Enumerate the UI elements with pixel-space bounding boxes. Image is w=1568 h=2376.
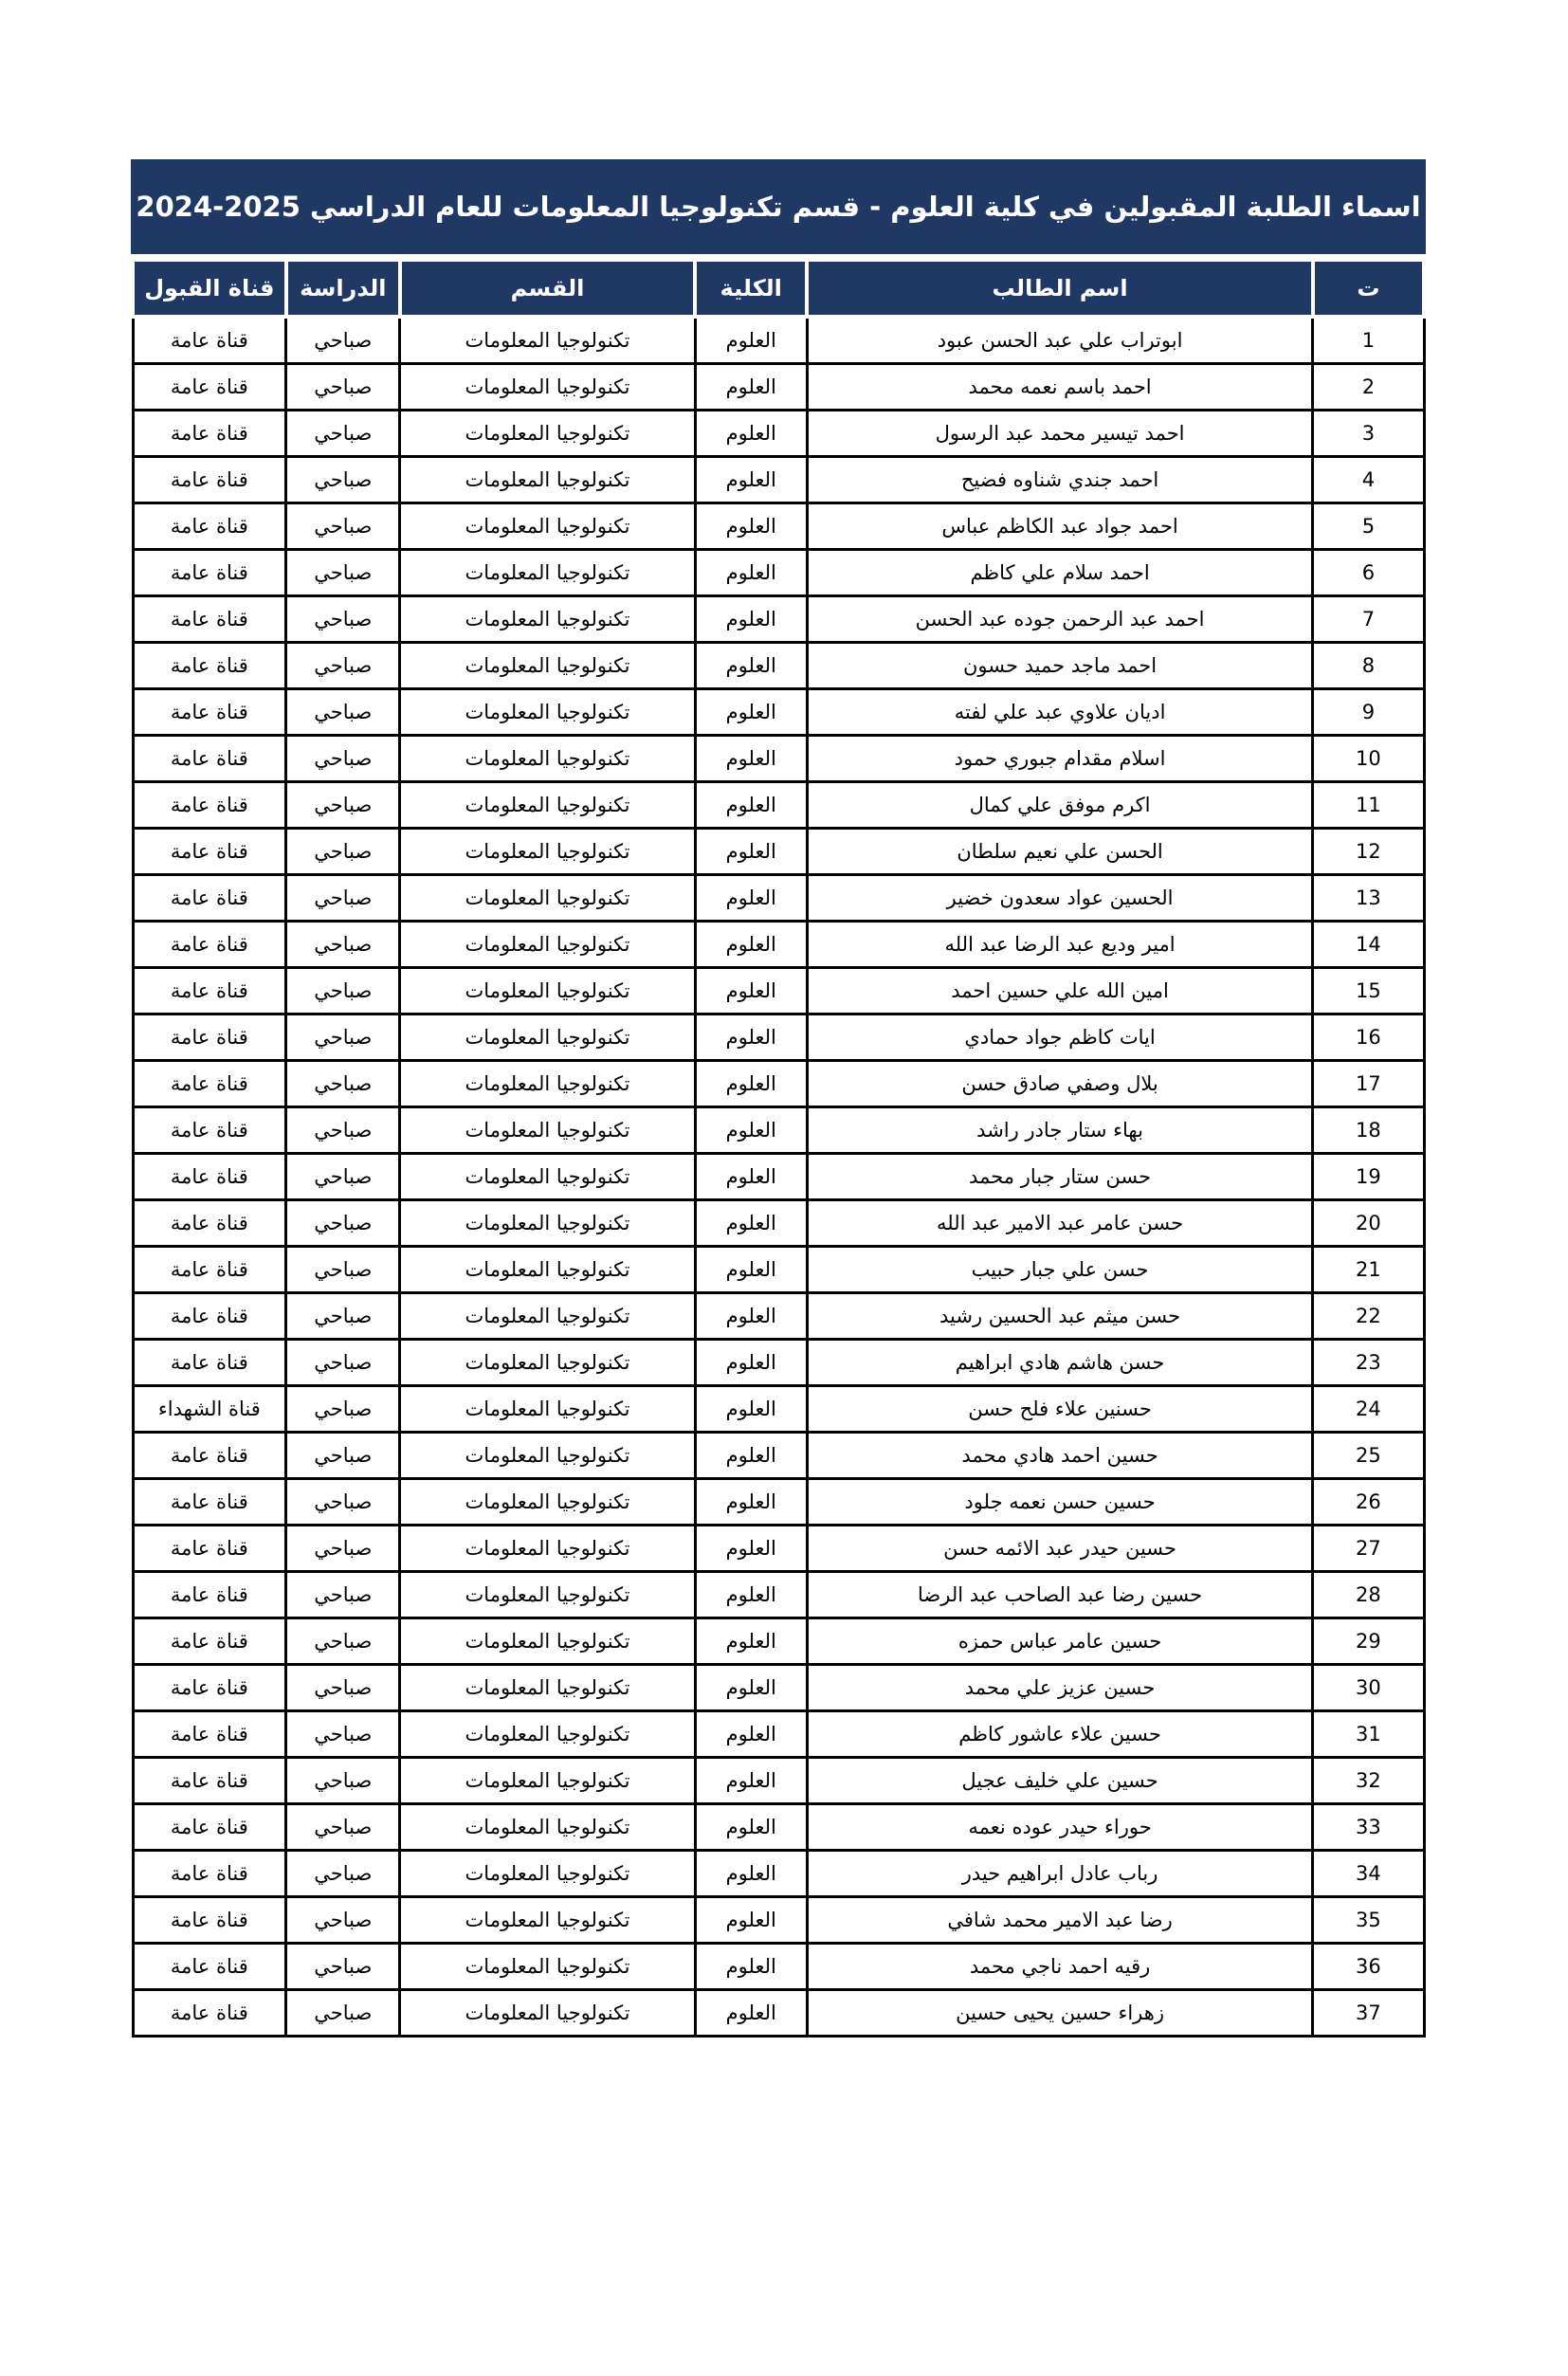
study-type-cell: صباحي — [286, 1944, 400, 1990]
table-row: 35رضا عبد الامير محمد شافيالعلومتكنولوجي… — [133, 1897, 1424, 1944]
study-type-cell: صباحي — [286, 1386, 400, 1433]
admission-channel-cell: قناة عامة — [133, 1618, 286, 1665]
row-number-cell: 30 — [1313, 1665, 1424, 1711]
row-number-cell: 26 — [1313, 1479, 1424, 1526]
row-number-cell: 23 — [1313, 1340, 1424, 1386]
college-cell: العلوم — [695, 643, 807, 689]
department-cell: تكنولوجيا المعلومات — [400, 317, 695, 364]
college-cell: العلوم — [695, 922, 807, 968]
department-cell: تكنولوجيا المعلومات — [400, 1154, 695, 1200]
study-type-cell: صباحي — [286, 1014, 400, 1061]
study-type-cell: صباحي — [286, 1061, 400, 1107]
student-name-cell: حسن هاشم هادي ابراهيم — [807, 1340, 1312, 1386]
admission-channel-cell: قناة عامة — [133, 1061, 286, 1107]
department-cell: تكنولوجيا المعلومات — [400, 1293, 695, 1340]
admission-channel-cell: قناة عامة — [133, 1944, 286, 1990]
row-number-cell: 25 — [1313, 1433, 1424, 1479]
table-row: 22حسن ميثم عبد الحسين رشيدالعلومتكنولوجي… — [133, 1293, 1424, 1340]
department-cell: تكنولوجيا المعلومات — [400, 1618, 695, 1665]
row-number-cell: 32 — [1313, 1758, 1424, 1804]
admission-channel-cell: قناة عامة — [133, 643, 286, 689]
table-body: 1ابوتراب علي عبد الحسن عبودالعلومتكنولوج… — [133, 317, 1424, 2037]
student-name-cell: امير وديع عبد الرضا عبد الله — [807, 922, 1312, 968]
admission-channel-cell: قناة عامة — [133, 736, 286, 782]
student-name-cell: حسن علي جبار حبيب — [807, 1247, 1312, 1293]
table-row: 27حسين حيدر عبد الائمه حسنالعلومتكنولوجي… — [133, 1526, 1424, 1572]
study-type-cell: صباحي — [286, 922, 400, 968]
table-row: 1ابوتراب علي عبد الحسن عبودالعلومتكنولوج… — [133, 317, 1424, 364]
table-row: 19حسن ستار جبار محمدالعلومتكنولوجيا المع… — [133, 1154, 1424, 1200]
college-cell: العلوم — [695, 1340, 807, 1386]
admission-channel-cell: قناة عامة — [133, 1433, 286, 1479]
college-cell: العلوم — [695, 1433, 807, 1479]
college-cell: العلوم — [695, 968, 807, 1014]
student-name-cell: رقيه احمد ناجي محمد — [807, 1944, 1312, 1990]
department-cell: تكنولوجيا المعلومات — [400, 736, 695, 782]
study-type-cell: صباحي — [286, 317, 400, 364]
student-name-cell: اكرم موفق علي كمال — [807, 782, 1312, 829]
college-cell: العلوم — [695, 782, 807, 829]
college-cell: العلوم — [695, 457, 807, 503]
admission-channel-cell: قناة عامة — [133, 782, 286, 829]
admission-channel-cell: قناة عامة — [133, 968, 286, 1014]
college-cell: العلوم — [695, 503, 807, 550]
row-number-cell: 21 — [1313, 1247, 1424, 1293]
table-row: 8احمد ماجد حميد حسونالعلومتكنولوجيا المع… — [133, 643, 1424, 689]
admission-channel-cell: قناة عامة — [133, 1851, 286, 1897]
college-cell: العلوم — [695, 1618, 807, 1665]
admission-channel-cell: قناة عامة — [133, 317, 286, 364]
department-cell: تكنولوجيا المعلومات — [400, 411, 695, 457]
department-cell: تكنولوجيا المعلومات — [400, 1665, 695, 1711]
student-name-cell: حسين عزيز علي محمد — [807, 1665, 1312, 1711]
college-cell: العلوم — [695, 1944, 807, 1990]
department-cell: تكنولوجيا المعلومات — [400, 1851, 695, 1897]
department-cell: تكنولوجيا المعلومات — [400, 364, 695, 411]
study-type-cell: صباحي — [286, 829, 400, 875]
row-number-cell: 20 — [1313, 1200, 1424, 1247]
student-name-cell: حسين علي خليف عجيل — [807, 1758, 1312, 1804]
college-cell: العلوم — [695, 1061, 807, 1107]
row-number-cell: 36 — [1313, 1944, 1424, 1990]
college-cell: العلوم — [695, 1200, 807, 1247]
row-number-cell: 28 — [1313, 1572, 1424, 1618]
table-row: 16ايات كاظم جواد حماديالعلومتكنولوجيا ال… — [133, 1014, 1424, 1061]
study-type-cell: صباحي — [286, 1665, 400, 1711]
admission-channel-cell: قناة عامة — [133, 364, 286, 411]
department-cell: تكنولوجيا المعلومات — [400, 1247, 695, 1293]
table-row: 13الحسين عواد سعدون خضيرالعلومتكنولوجيا … — [133, 875, 1424, 922]
admission-channel-cell: قناة عامة — [133, 689, 286, 736]
department-cell: تكنولوجيا المعلومات — [400, 1711, 695, 1758]
table-row: 6احمد سلام علي كاظمالعلومتكنولوجيا المعل… — [133, 550, 1424, 596]
row-number-cell: 14 — [1313, 922, 1424, 968]
study-type-cell: صباحي — [286, 411, 400, 457]
college-cell: العلوم — [695, 689, 807, 736]
row-number-cell: 17 — [1313, 1061, 1424, 1107]
table-row: 4احمد جندي شناوه فضيحالعلومتكنولوجيا الم… — [133, 457, 1424, 503]
admission-channel-cell: قناة عامة — [133, 1572, 286, 1618]
header-college: الكلية — [695, 260, 807, 317]
table-row: 20حسن عامر عبد الامير عبد اللهالعلومتكنو… — [133, 1200, 1424, 1247]
department-cell: تكنولوجيا المعلومات — [400, 782, 695, 829]
college-cell: العلوم — [695, 1154, 807, 1200]
row-number-cell: 12 — [1313, 829, 1424, 875]
department-cell: تكنولوجيا المعلومات — [400, 1944, 695, 1990]
admission-channel-cell: قناة عامة — [133, 1293, 286, 1340]
student-name-cell: حسين احمد هادي محمد — [807, 1433, 1312, 1479]
admission-channel-cell: قناة عامة — [133, 922, 286, 968]
study-type-cell: صباحي — [286, 1479, 400, 1526]
department-cell: تكنولوجيا المعلومات — [400, 643, 695, 689]
study-type-cell: صباحي — [286, 1107, 400, 1154]
row-number-cell: 29 — [1313, 1618, 1424, 1665]
department-cell: تكنولوجيا المعلومات — [400, 457, 695, 503]
table-row: 15امين الله علي حسين احمدالعلومتكنولوجيا… — [133, 968, 1424, 1014]
row-number-cell: 13 — [1313, 875, 1424, 922]
student-name-cell: حوراء حيدر عوده نعمه — [807, 1804, 1312, 1851]
department-cell: تكنولوجيا المعلومات — [400, 1433, 695, 1479]
study-type-cell: صباحي — [286, 782, 400, 829]
student-name-cell: احمد باسم نعمه محمد — [807, 364, 1312, 411]
student-name-cell: احمد تيسير محمد عبد الرسول — [807, 411, 1312, 457]
admission-channel-cell: قناة عامة — [133, 457, 286, 503]
study-type-cell: صباحي — [286, 1711, 400, 1758]
college-cell: العلوم — [695, 317, 807, 364]
table-row: 5احمد جواد عبد الكاظم عباسالعلومتكنولوجي… — [133, 503, 1424, 550]
college-cell: العلوم — [695, 1572, 807, 1618]
row-number-cell: 27 — [1313, 1526, 1424, 1572]
college-cell: العلوم — [695, 1990, 807, 2037]
row-number-cell: 6 — [1313, 550, 1424, 596]
row-number-cell: 15 — [1313, 968, 1424, 1014]
student-name-cell: ايات كاظم جواد حمادي — [807, 1014, 1312, 1061]
table-row: 26حسين حسن نعمه جلودالعلومتكنولوجيا المع… — [133, 1479, 1424, 1526]
student-name-cell: حسين علاء عاشور كاظم — [807, 1711, 1312, 1758]
row-number-cell: 35 — [1313, 1897, 1424, 1944]
student-name-cell: بلال وصفي صادق حسن — [807, 1061, 1312, 1107]
document-page: اسماء الطلبة المقبولين في كلية العلوم - … — [0, 159, 1568, 2376]
student-name-cell: اديان علاوي عبد علي لفته — [807, 689, 1312, 736]
study-type-cell: صباحي — [286, 875, 400, 922]
study-type-cell: صباحي — [286, 364, 400, 411]
student-name-cell: احمد جندي شناوه فضيح — [807, 457, 1312, 503]
document-title: اسماء الطلبة المقبولين في كلية العلوم - … — [131, 159, 1426, 254]
department-cell: تكنولوجيا المعلومات — [400, 1386, 695, 1433]
admission-channel-cell: قناة عامة — [133, 550, 286, 596]
department-cell: تكنولوجيا المعلومات — [400, 1014, 695, 1061]
college-cell: العلوم — [695, 1897, 807, 1944]
student-name-cell: الحسين عواد سعدون خضير — [807, 875, 1312, 922]
admission-channel-cell: قناة عامة — [133, 1990, 286, 2037]
header-study: الدراسة — [286, 260, 400, 317]
student-name-cell: اسلام مقدام جبوري حمود — [807, 736, 1312, 782]
student-name-cell: رضا عبد الامير محمد شافي — [807, 1897, 1312, 1944]
department-cell: تكنولوجيا المعلومات — [400, 1758, 695, 1804]
department-cell: تكنولوجيا المعلومات — [400, 1340, 695, 1386]
admission-channel-cell: قناة عامة — [133, 1758, 286, 1804]
college-cell: العلوم — [695, 829, 807, 875]
study-type-cell: صباحي — [286, 1340, 400, 1386]
college-cell: العلوم — [695, 596, 807, 643]
college-cell: العلوم — [695, 1665, 807, 1711]
row-number-cell: 31 — [1313, 1711, 1424, 1758]
admission-channel-cell: قناة عامة — [133, 1711, 286, 1758]
department-cell: تكنولوجيا المعلومات — [400, 1804, 695, 1851]
row-number-cell: 2 — [1313, 364, 1424, 411]
department-cell: تكنولوجيا المعلومات — [400, 922, 695, 968]
college-cell: العلوم — [695, 1247, 807, 1293]
study-type-cell: صباحي — [286, 689, 400, 736]
study-type-cell: صباحي — [286, 643, 400, 689]
study-type-cell: صباحي — [286, 1804, 400, 1851]
table-row: 17بلال وصفي صادق حسنالعلومتكنولوجيا المع… — [133, 1061, 1424, 1107]
study-type-cell: صباحي — [286, 550, 400, 596]
study-type-cell: صباحي — [286, 736, 400, 782]
table-row: 18بهاء ستار جادر راشدالعلومتكنولوجيا الم… — [133, 1107, 1424, 1154]
student-name-cell: احمد سلام علي كاظم — [807, 550, 1312, 596]
department-cell: تكنولوجيا المعلومات — [400, 596, 695, 643]
college-cell: العلوم — [695, 1479, 807, 1526]
row-number-cell: 33 — [1313, 1804, 1424, 1851]
row-number-cell: 4 — [1313, 457, 1424, 503]
header-row: ت اسم الطالب الكلية القسم الدراسة قناة ا… — [133, 260, 1424, 317]
department-cell: تكنولوجيا المعلومات — [400, 1107, 695, 1154]
student-name-cell: رباب عادل ابراهيم حيدر — [807, 1851, 1312, 1897]
admission-channel-cell: قناة عامة — [133, 1804, 286, 1851]
department-cell: تكنولوجيا المعلومات — [400, 829, 695, 875]
college-cell: العلوم — [695, 1851, 807, 1897]
college-cell: العلوم — [695, 1804, 807, 1851]
student-name-cell: احمد ماجد حميد حسون — [807, 643, 1312, 689]
table-row: 9اديان علاوي عبد علي لفتهالعلومتكنولوجيا… — [133, 689, 1424, 736]
admission-channel-cell: قناة عامة — [133, 1897, 286, 1944]
college-cell: العلوم — [695, 411, 807, 457]
table-row: 25حسين احمد هادي محمدالعلومتكنولوجيا الم… — [133, 1433, 1424, 1479]
student-name-cell: زهراء حسين يحيى حسين — [807, 1990, 1312, 2037]
admission-channel-cell: قناة عامة — [133, 1340, 286, 1386]
admission-channel-cell: قناة عامة — [133, 1526, 286, 1572]
admission-channel-cell: قناة عامة — [133, 1247, 286, 1293]
study-type-cell: صباحي — [286, 1293, 400, 1340]
study-type-cell: صباحي — [286, 1851, 400, 1897]
study-type-cell: صباحي — [286, 1433, 400, 1479]
student-name-cell: بهاء ستار جادر راشد — [807, 1107, 1312, 1154]
department-cell: تكنولوجيا المعلومات — [400, 968, 695, 1014]
table-row: 37زهراء حسين يحيى حسينالعلومتكنولوجيا ال… — [133, 1990, 1424, 2037]
student-name-cell: حسين حسن نعمه جلود — [807, 1479, 1312, 1526]
row-number-cell: 1 — [1313, 317, 1424, 364]
department-cell: تكنولوجيا المعلومات — [400, 1526, 695, 1572]
admission-channel-cell: قناة عامة — [133, 875, 286, 922]
student-name-cell: حسن ستار جبار محمد — [807, 1154, 1312, 1200]
student-name-cell: احمد عبد الرحمن جوده عبد الحسن — [807, 596, 1312, 643]
study-type-cell: صباحي — [286, 1526, 400, 1572]
admission-channel-cell: قناة عامة — [133, 503, 286, 550]
student-name-cell: حسين رضا عبد الصاحب عبد الرضا — [807, 1572, 1312, 1618]
student-name-cell: ابوتراب علي عبد الحسن عبود — [807, 317, 1312, 364]
student-name-cell: احمد جواد عبد الكاظم عباس — [807, 503, 1312, 550]
study-type-cell: صباحي — [286, 1247, 400, 1293]
study-type-cell: صباحي — [286, 1200, 400, 1247]
admission-channel-cell: قناة عامة — [133, 596, 286, 643]
department-cell: تكنولوجيا المعلومات — [400, 550, 695, 596]
students-list-document: اسماء الطلبة المقبولين في كلية العلوم - … — [131, 159, 1426, 2038]
study-type-cell: صباحي — [286, 503, 400, 550]
admission-channel-cell: قناة عامة — [133, 1154, 286, 1200]
college-cell: العلوم — [695, 1107, 807, 1154]
department-cell: تكنولوجيا المعلومات — [400, 1990, 695, 2037]
row-number-cell: 34 — [1313, 1851, 1424, 1897]
admission-channel-cell: قناة عامة — [133, 411, 286, 457]
student-name-cell: امين الله علي حسين احمد — [807, 968, 1312, 1014]
admission-channel-cell: قناة عامة — [133, 1479, 286, 1526]
row-number-cell: 3 — [1313, 411, 1424, 457]
admission-channel-cell: قناة عامة — [133, 1014, 286, 1061]
row-number-cell: 24 — [1313, 1386, 1424, 1433]
admission-channel-cell: قناة الشهداء — [133, 1386, 286, 1433]
admission-channel-cell: قناة عامة — [133, 829, 286, 875]
admission-channel-cell: قناة عامة — [133, 1665, 286, 1711]
table-row: 23حسن هاشم هادي ابراهيمالعلومتكنولوجيا ا… — [133, 1340, 1424, 1386]
admission-channel-cell: قناة عامة — [133, 1200, 286, 1247]
table-row: 29حسين عامر عباس حمزهالعلومتكنولوجيا الم… — [133, 1618, 1424, 1665]
table-row: 24حسنين علاء فلح حسنالعلومتكنولوجيا المع… — [133, 1386, 1424, 1433]
row-number-cell: 7 — [1313, 596, 1424, 643]
table-row: 32حسين علي خليف عجيلالعلومتكنولوجيا المع… — [133, 1758, 1424, 1804]
row-number-cell: 16 — [1313, 1014, 1424, 1061]
table-header: ت اسم الطالب الكلية القسم الدراسة قناة ا… — [133, 260, 1424, 317]
table-row: 30حسين عزيز علي محمدالعلومتكنولوجيا المع… — [133, 1665, 1424, 1711]
department-cell: تكنولوجيا المعلومات — [400, 1897, 695, 1944]
department-cell: تكنولوجيا المعلومات — [400, 1061, 695, 1107]
college-cell: العلوم — [695, 1293, 807, 1340]
student-name-cell: حسين حيدر عبد الائمه حسن — [807, 1526, 1312, 1572]
table-row: 11اكرم موفق علي كمالالعلومتكنولوجيا المع… — [133, 782, 1424, 829]
row-number-cell: 37 — [1313, 1990, 1424, 2037]
study-type-cell: صباحي — [286, 1154, 400, 1200]
study-type-cell: صباحي — [286, 596, 400, 643]
study-type-cell: صباحي — [286, 1572, 400, 1618]
table-row: 33حوراء حيدر عوده نعمهالعلومتكنولوجيا ال… — [133, 1804, 1424, 1851]
department-cell: تكنولوجيا المعلومات — [400, 1479, 695, 1526]
college-cell: العلوم — [695, 1758, 807, 1804]
row-number-cell: 8 — [1313, 643, 1424, 689]
row-number-cell: 10 — [1313, 736, 1424, 782]
header-no: ت — [1313, 260, 1424, 317]
department-cell: تكنولوجيا المعلومات — [400, 1572, 695, 1618]
table-row: 21حسن علي جبار حبيبالعلومتكنولوجيا المعل… — [133, 1247, 1424, 1293]
student-name-cell: حسن عامر عبد الامير عبد الله — [807, 1200, 1312, 1247]
college-cell: العلوم — [695, 550, 807, 596]
student-name-cell: حسن ميثم عبد الحسين رشيد — [807, 1293, 1312, 1340]
study-type-cell: صباحي — [286, 968, 400, 1014]
header-department: القسم — [400, 260, 695, 317]
college-cell: العلوم — [695, 1711, 807, 1758]
study-type-cell: صباحي — [286, 1897, 400, 1944]
department-cell: تكنولوجيا المعلومات — [400, 503, 695, 550]
students-table: ت اسم الطالب الكلية القسم الدراسة قناة ا… — [131, 258, 1426, 2038]
college-cell: العلوم — [695, 1526, 807, 1572]
row-number-cell: 18 — [1313, 1107, 1424, 1154]
row-number-cell: 9 — [1313, 689, 1424, 736]
college-cell: العلوم — [695, 736, 807, 782]
college-cell: العلوم — [695, 1386, 807, 1433]
row-number-cell: 22 — [1313, 1293, 1424, 1340]
table-row: 10اسلام مقدام جبوري حمودالعلومتكنولوجيا … — [133, 736, 1424, 782]
study-type-cell: صباحي — [286, 1990, 400, 2037]
study-type-cell: صباحي — [286, 1618, 400, 1665]
table-row: 34رباب عادل ابراهيم حيدرالعلومتكنولوجيا … — [133, 1851, 1424, 1897]
table-row: 2احمد باسم نعمه محمدالعلومتكنولوجيا المع… — [133, 364, 1424, 411]
department-cell: تكنولوجيا المعلومات — [400, 1200, 695, 1247]
college-cell: العلوم — [695, 1014, 807, 1061]
header-student-name: اسم الطالب — [807, 260, 1312, 317]
study-type-cell: صباحي — [286, 1758, 400, 1804]
document-body: { "page": { "title": "اسماء الطلبة المقب… — [0, 159, 1568, 2376]
department-cell: تكنولوجيا المعلومات — [400, 689, 695, 736]
student-name-cell: حسنين علاء فلح حسن — [807, 1386, 1312, 1433]
table-row: 14امير وديع عبد الرضا عبد اللهالعلومتكنو… — [133, 922, 1424, 968]
table-row: 36رقيه احمد ناجي محمدالعلومتكنولوجيا الم… — [133, 1944, 1424, 1990]
department-cell: تكنولوجيا المعلومات — [400, 875, 695, 922]
student-name-cell: الحسن علي نعيم سلطان — [807, 829, 1312, 875]
table-row: 28حسين رضا عبد الصاحب عبد الرضاالعلومتكن… — [133, 1572, 1424, 1618]
college-cell: العلوم — [695, 364, 807, 411]
college-cell: العلوم — [695, 875, 807, 922]
table-row: 12الحسن علي نعيم سلطانالعلومتكنولوجيا ال… — [133, 829, 1424, 875]
table-row: 7احمد عبد الرحمن جوده عبد الحسنالعلومتكن… — [133, 596, 1424, 643]
row-number-cell: 11 — [1313, 782, 1424, 829]
admission-channel-cell: قناة عامة — [133, 1107, 286, 1154]
table-row: 31حسين علاء عاشور كاظمالعلومتكنولوجيا ال… — [133, 1711, 1424, 1758]
student-name-cell: حسين عامر عباس حمزه — [807, 1618, 1312, 1665]
table-row: 3احمد تيسير محمد عبد الرسولالعلومتكنولوج… — [133, 411, 1424, 457]
study-type-cell: صباحي — [286, 457, 400, 503]
header-admission-channel: قناة القبول — [133, 260, 286, 317]
row-number-cell: 19 — [1313, 1154, 1424, 1200]
row-number-cell: 5 — [1313, 503, 1424, 550]
